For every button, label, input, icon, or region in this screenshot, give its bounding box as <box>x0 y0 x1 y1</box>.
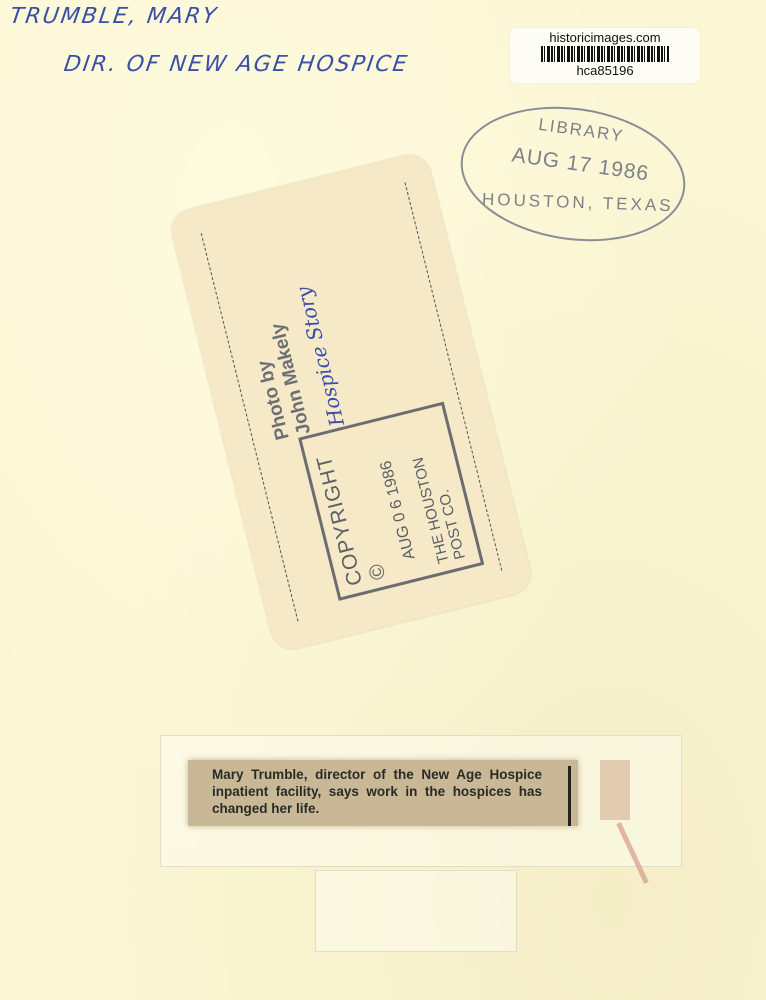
handwritten-name: TRUMBLE, MARY <box>8 4 219 29</box>
stamp-location: HOUSTON, TEXAS <box>482 190 674 217</box>
caption-rule <box>568 766 571 826</box>
barcode-site: historicimages.com <box>510 30 700 45</box>
caption-text: Mary Trumble, director of the New Age Ho… <box>212 766 542 817</box>
copyright-stamp: COPYRIGHT © AUG 0 6 1986 THE HOUSTON POS… <box>298 402 484 601</box>
tape-small <box>315 870 517 952</box>
photo-back-document: TRUMBLE, MARY DIR. OF NEW AGE HOSPICE hi… <box>0 0 766 1000</box>
handwritten-title: DIR. OF NEW AGE HOSPICE <box>62 52 410 77</box>
newspaper-caption: Mary Trumble, director of the New Age Ho… <box>188 760 578 826</box>
stamp-heading: LIBRARY <box>537 115 625 147</box>
tape-stain <box>600 760 630 820</box>
barcode-icon <box>541 46 669 62</box>
library-stamp: LIBRARY AUG 17 1986 HOUSTON, TEXAS <box>452 93 694 255</box>
stamp-date: AUG 17 1986 <box>510 143 650 186</box>
copyright-sticker: Photo by John Makely Hospice Story COPYR… <box>167 151 534 654</box>
barcode-label: historicimages.com hca85196 <box>510 28 700 83</box>
barcode-id: hca85196 <box>510 63 700 78</box>
